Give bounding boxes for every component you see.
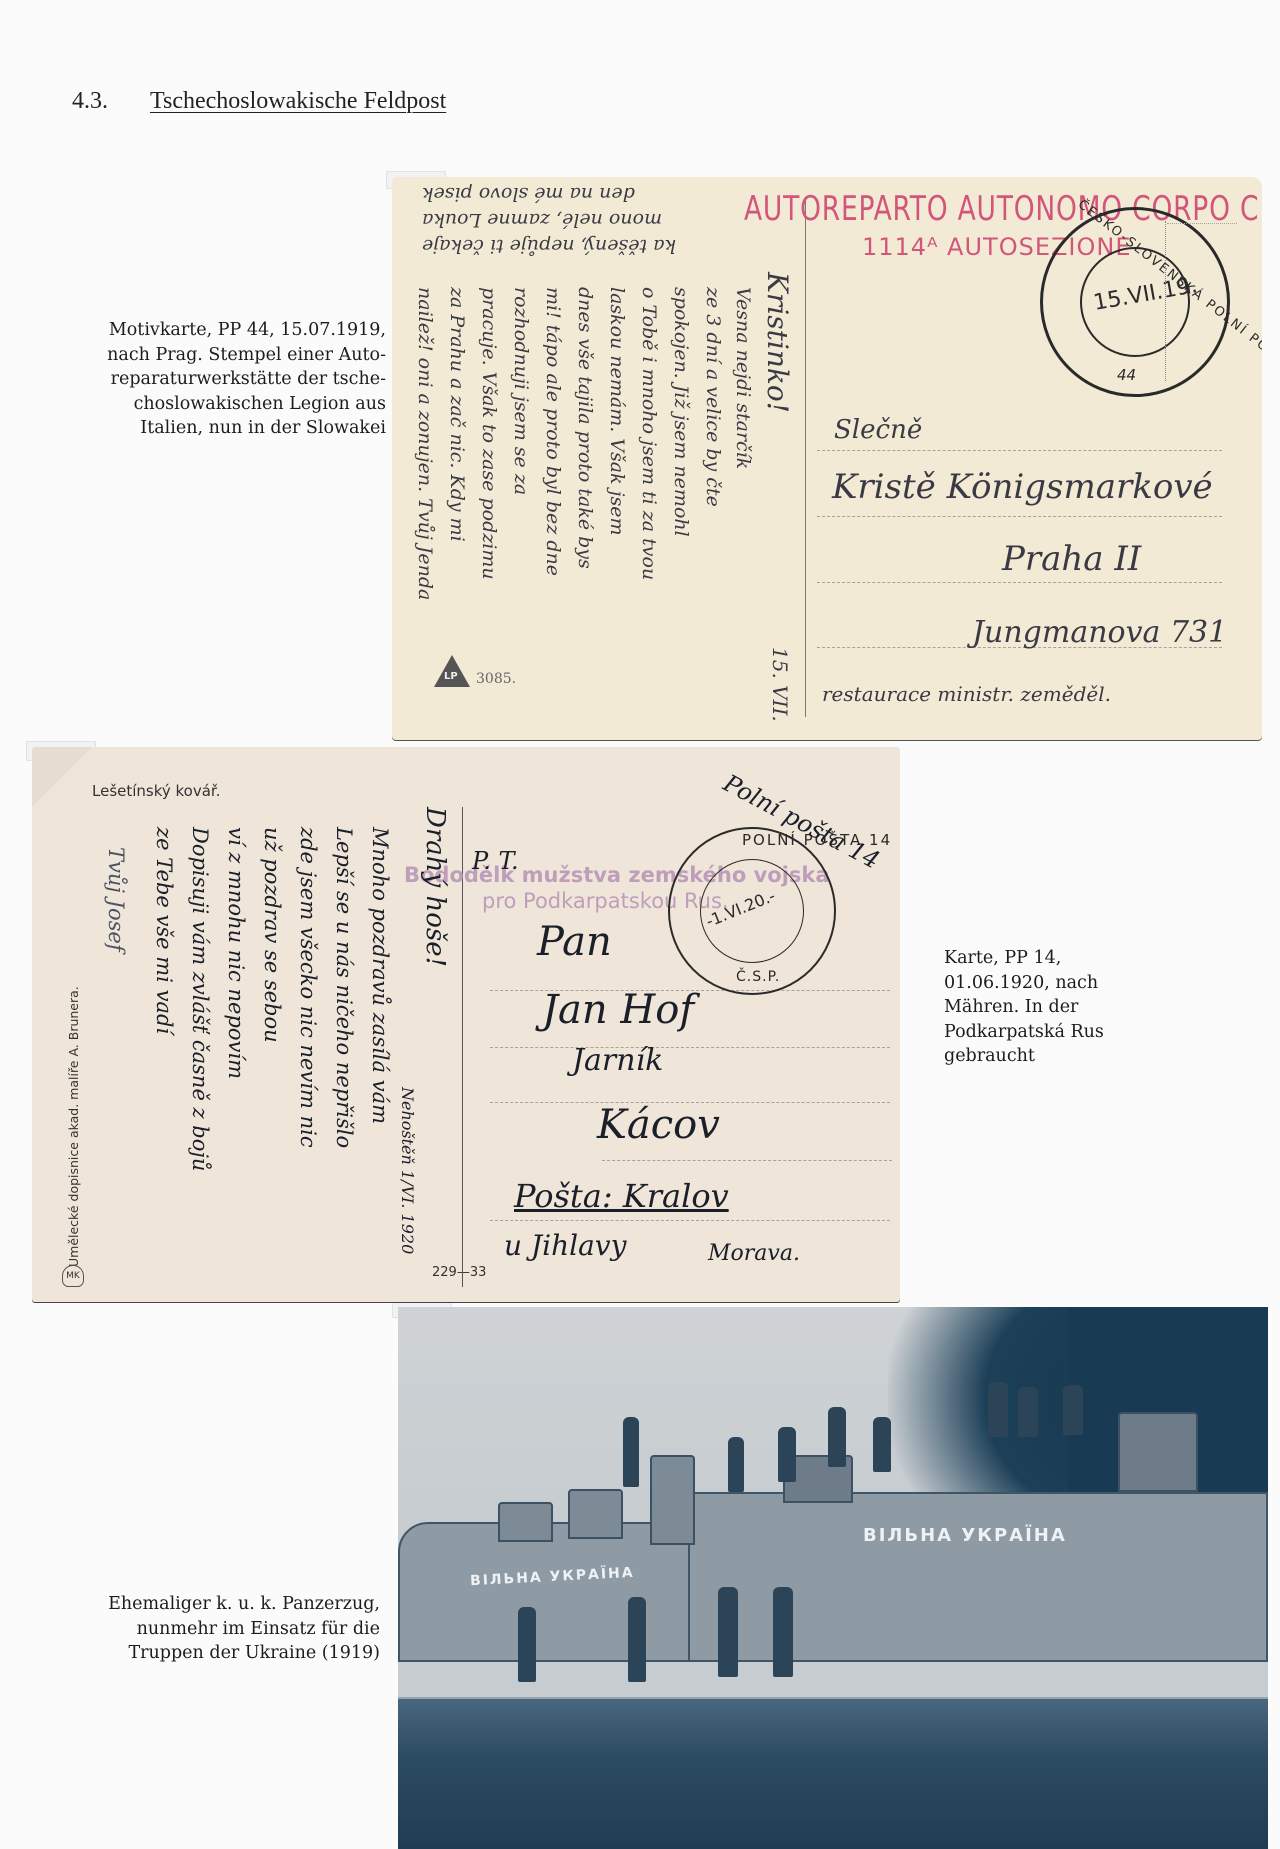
stamp-box-edge [1165,221,1166,381]
address-line [490,1047,890,1048]
train-slogan-right: ВІЛЬНА УКРАЇНА [863,1525,1067,1546]
address-name: Jan Hof [542,987,694,1033]
address-town: Kácov [597,1102,720,1148]
soldier-figure [518,1607,536,1682]
caption-line: gebraucht [944,1044,1174,1069]
caption-line: Podkarpatská Rus [944,1020,1174,1045]
caption-line: Italien, nun in der Slowakei [60,416,386,441]
address-line [490,1220,890,1221]
message-line: už pozdrav se sebou [260,827,284,1043]
card-title: Lešetínský kovář. [92,782,221,800]
address-region: u Jihlavy [504,1229,626,1262]
message-line: ví z mnohu nic nepovím [224,827,248,1079]
message-greeting: Kristinko! [761,272,794,413]
address-country: Morava. [708,1241,800,1266]
soldier-figure [873,1417,891,1472]
section-number: 4.3. [72,88,150,115]
address-salutation: Slečně [834,415,922,445]
photo-armored-train: ВІЛЬНА УКРАЇНА ВІЛЬНА УКРАЇНА [398,1307,1268,1849]
train-turret [1118,1412,1198,1492]
address-prefix: P. T. [472,847,519,875]
message-line: mi! tápo ale proto byl bez dne [542,287,564,576]
address-note: restaurace ministr. zeměděl. [822,682,1111,706]
message-line: pracuje. Však to zase podzimu [478,287,500,580]
caption-line: Motivkarte, PP 44, 15.07.1919, [60,318,386,343]
message-line-inverted: den na mé slovo pisek [422,183,635,205]
soldier-figure [623,1417,639,1487]
address-line [602,1160,892,1161]
soldier-figure [718,1587,738,1677]
postcard-1: AUTOREPARTO AUTONOMO CORPO C. 1114ᴬ AUTO… [392,177,1262,740]
message-date: Nehoštěň 1/VI. 1920 [398,1087,417,1254]
message-line: za Prahu a zač nic. Kdy mi [446,287,468,542]
message-line: o Tobě i mnoho jsem ti za tvou [638,287,660,580]
message-line-inverted: mono nelé, zamne Louka [422,209,662,231]
message-line: spokojen. Již jsem nemohl [670,287,692,537]
message-line: ze Tebe vše mi vadí [152,827,176,1034]
card-number: 229—33 [432,1265,486,1280]
soldier-figure [728,1437,744,1492]
caption-line: 01.06.1920, nach [944,971,1174,996]
stamp-box-edge [1167,223,1237,224]
message-line: nailež! oni a zonujen. Tvůj Jenda [414,287,436,600]
soldier-figure [1018,1387,1038,1437]
caption-line: Mähren. In der [944,995,1174,1020]
soldier-figure [1063,1385,1083,1435]
caption-line: Ehemaliger k. u. k. Panzerzug, [60,1592,380,1617]
soldier-figure [628,1597,646,1682]
card-divider [805,197,806,717]
address-name: Kristě Königsmarkové [832,467,1213,507]
message-line: Dopisuji vám zvlášť časně z bojů [188,827,212,1171]
address-village: Jarník [572,1043,663,1078]
corner-crease [32,747,92,807]
address-line [817,582,1222,583]
caption-line: choslowakischen Legion aus [60,392,386,417]
message-date: 15. VII. [768,647,792,722]
caption-line: nunmehr im Einsatz für die [60,1617,380,1642]
message-line-inverted: ka těšený, nepůje ti čekaje [422,235,676,257]
train-chimney [568,1489,623,1539]
train-chimney [498,1502,553,1542]
soldier-figure [828,1407,846,1467]
photo-ground [398,1699,1268,1849]
section-title: Tschechoslowakische Feldpost [150,88,446,114]
section-heading: 4.3.Tschechoslowakische Feldpost [72,88,446,115]
caption-photo: Ehemaliger k. u. k. Panzerzug, nunmehr i… [60,1592,380,1666]
address-title: Pan [537,919,612,965]
message-greeting: Drahý hoše! [420,807,450,967]
postcard-2: Lešetínský kovář. Umělecké dopisnice aka… [32,747,900,1302]
message-line: ze 3 dní a velice by čte [702,287,724,507]
message-line: rozhodnuji jsem se za [510,287,532,495]
address-street: Jungmanova 731 [972,615,1227,650]
soldier-figure [778,1427,796,1482]
publisher-logo-text: LP [444,671,458,682]
address-post-office: Pošta: Kralov [514,1177,729,1215]
message-line: zde jsem všecko nic nevím nic [296,827,320,1148]
card-number: 3085. [476,671,516,687]
message-line: Lepší se u nás ničeho nepřišlo [332,827,356,1148]
address-city: Praha II [1002,539,1141,579]
address-line [817,450,1222,451]
postmark-number: 44 [1117,366,1136,384]
caption-line: nach Prag. Stempel einer Auto- [60,343,386,368]
caption-card1: Motivkarte, PP 44, 15.07.1919, nach Prag… [60,318,386,441]
message-line: laskou nemám. Však jsem [606,287,628,536]
caption-line: Truppen der Ukraine (1919) [60,1641,380,1666]
address-line [817,516,1222,517]
caption-line: Karte, PP 14, [944,946,1174,971]
train-chimney [650,1455,695,1545]
caption-card2: Karte, PP 14, 01.06.1920, nach Mähren. I… [944,946,1174,1069]
artist-credit: Umělecké dopisnice akad. malíře A. Brune… [66,986,81,1267]
message-line: dnes vše tajila proto také bys [574,287,596,569]
soldier-figure [773,1587,793,1677]
message-line: Mnoho pozdravů zasílá vám [368,827,392,1124]
publisher-logo-icon: MK [62,1265,84,1287]
caption-line: reparaturwerkstätte der tsche- [60,367,386,392]
message-line: Vesna nejdi starčík [732,287,754,469]
postmark-bottom-text: Č.S.P. [736,969,780,985]
soldier-figure [988,1382,1008,1437]
postmark: -1.VI.20.- POLNÍ POŠTA 14 Č.S.P. [668,827,836,995]
message-line: Tvůj Josef [104,847,128,952]
